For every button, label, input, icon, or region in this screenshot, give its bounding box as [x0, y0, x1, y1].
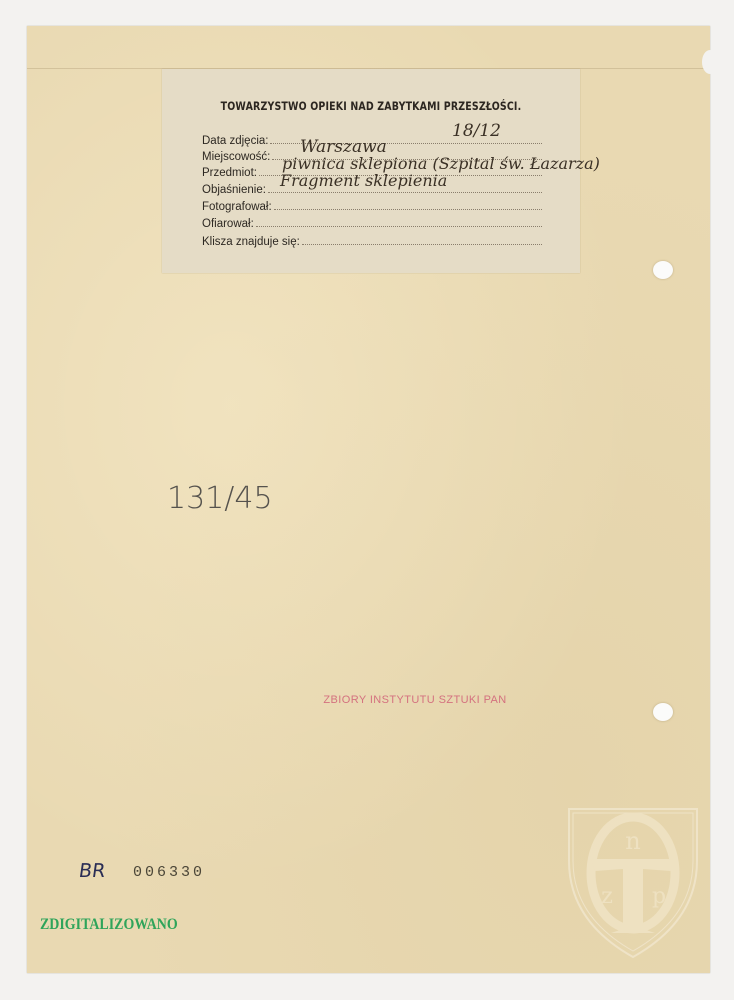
field-label: Ofiarował:: [202, 218, 256, 230]
registry-number: 006330: [133, 864, 205, 881]
svg-text:z: z: [601, 884, 613, 909]
field-label: Fotografował:: [202, 201, 274, 213]
edge-notch: [702, 50, 718, 74]
punch-hole-top: [653, 261, 673, 279]
field-label: Przedmiot:: [202, 167, 259, 179]
dotted-line: [274, 209, 542, 210]
handwritten-explanation: Fragment sklepienia: [280, 171, 447, 190]
archive-card: TOWARZYSTWO OPIEKI NAD ZABYTKAMI PRZESZŁ…: [27, 26, 710, 973]
dotted-line: [256, 226, 542, 227]
svg-text:p: p: [652, 884, 666, 909]
field-label: Klisza znajduje się:: [202, 236, 302, 248]
field-photographer: Fotografował:: [202, 197, 542, 213]
dotted-line: [302, 244, 542, 245]
collection-stamp: ZBIORY INSTYTUTU SZTUKI PAN: [310, 694, 520, 706]
field-label: Objaśnienie:: [202, 184, 268, 196]
registry-prefix: BR: [77, 860, 106, 882]
shield-monogram-icon: n z p: [563, 801, 703, 961]
punch-hole-bottom: [653, 703, 673, 721]
label-title: TOWARZYSTWO OPIEKI NAD ZABYTKAMI PRZESZŁ…: [200, 99, 543, 113]
digitized-stamp: ZDIGITALIZOWANO: [40, 916, 178, 934]
handwritten-date: 18/12: [452, 121, 501, 141]
society-label: TOWARZYSTWO OPIEKI NAD ZABYTKAMI PRZESZŁ…: [162, 69, 580, 273]
field-negative-location: Klisza znajduje się:: [202, 232, 542, 248]
field-label: Data zdjęcia:: [202, 135, 270, 147]
handwritten-catalog-number: 131/45: [167, 481, 273, 516]
svg-text:n: n: [625, 827, 640, 855]
field-label: Miejscowość:: [202, 151, 272, 163]
field-donor: Ofiarował:: [202, 214, 542, 230]
dotted-line: [268, 192, 542, 193]
